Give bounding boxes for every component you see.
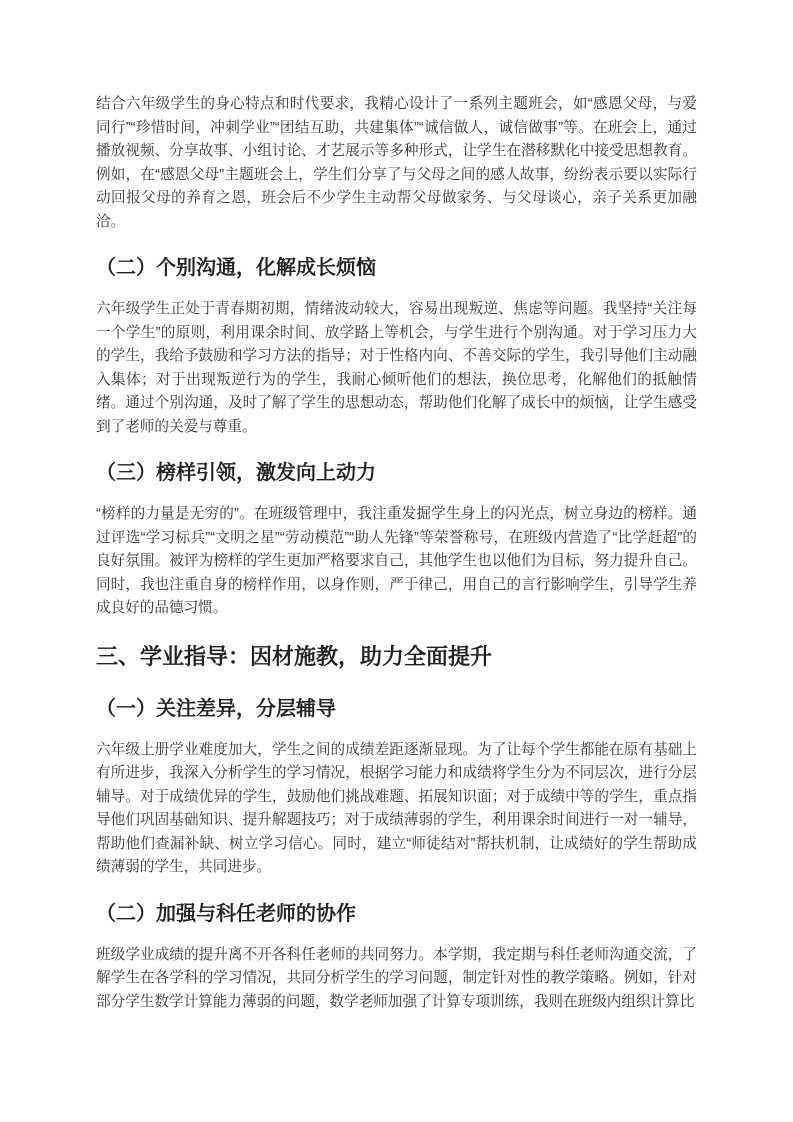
heading-subject-teacher-collaboration: （二）加强与科任老师的协作 xyxy=(96,900,697,929)
heading-tiered-tutoring: （一）关注差异，分层辅导 xyxy=(96,695,697,724)
para-tiered-tutoring: 六年级上册学业难度加大，学生之间的成绩差距逐渐显现。为了让每个学生都能在原有基础… xyxy=(96,739,697,880)
heading-role-model-leadership: （三）榜样引领，激发向上动力 xyxy=(96,459,697,488)
para-subject-teacher-collaboration: 班级学业成绩的提升离不开各科任老师的共同努力。本学期，我定期与科任老师沟通交流，… xyxy=(96,944,697,1015)
heading-individual-communication: （二）个别沟通，化解成长烦恼 xyxy=(96,254,697,283)
para-themed-class-meetings: 结合六年级学生的身心特点和时代要求，我精心设计了一系列主题班会，如“感恩父母，与… xyxy=(96,93,697,234)
para-role-model-leadership: “榜样的力量是无穷的”。在班级管理中，我注重发掘学生身上的闪光点，树立身边的榜样… xyxy=(96,503,697,621)
document-page: 结合六年级学生的身心特点和时代要求，我精心设计了一系列主题班会，如“感恩父母，与… xyxy=(0,0,793,1122)
para-individual-communication: 六年级学生正处于青春期初期，情绪波动较大，容易出现叛逆、焦虑等问题。我坚持“关注… xyxy=(96,298,697,439)
heading-academic-guidance-section: 三、学业指导：因材施教，助力全面提升 xyxy=(96,641,697,673)
